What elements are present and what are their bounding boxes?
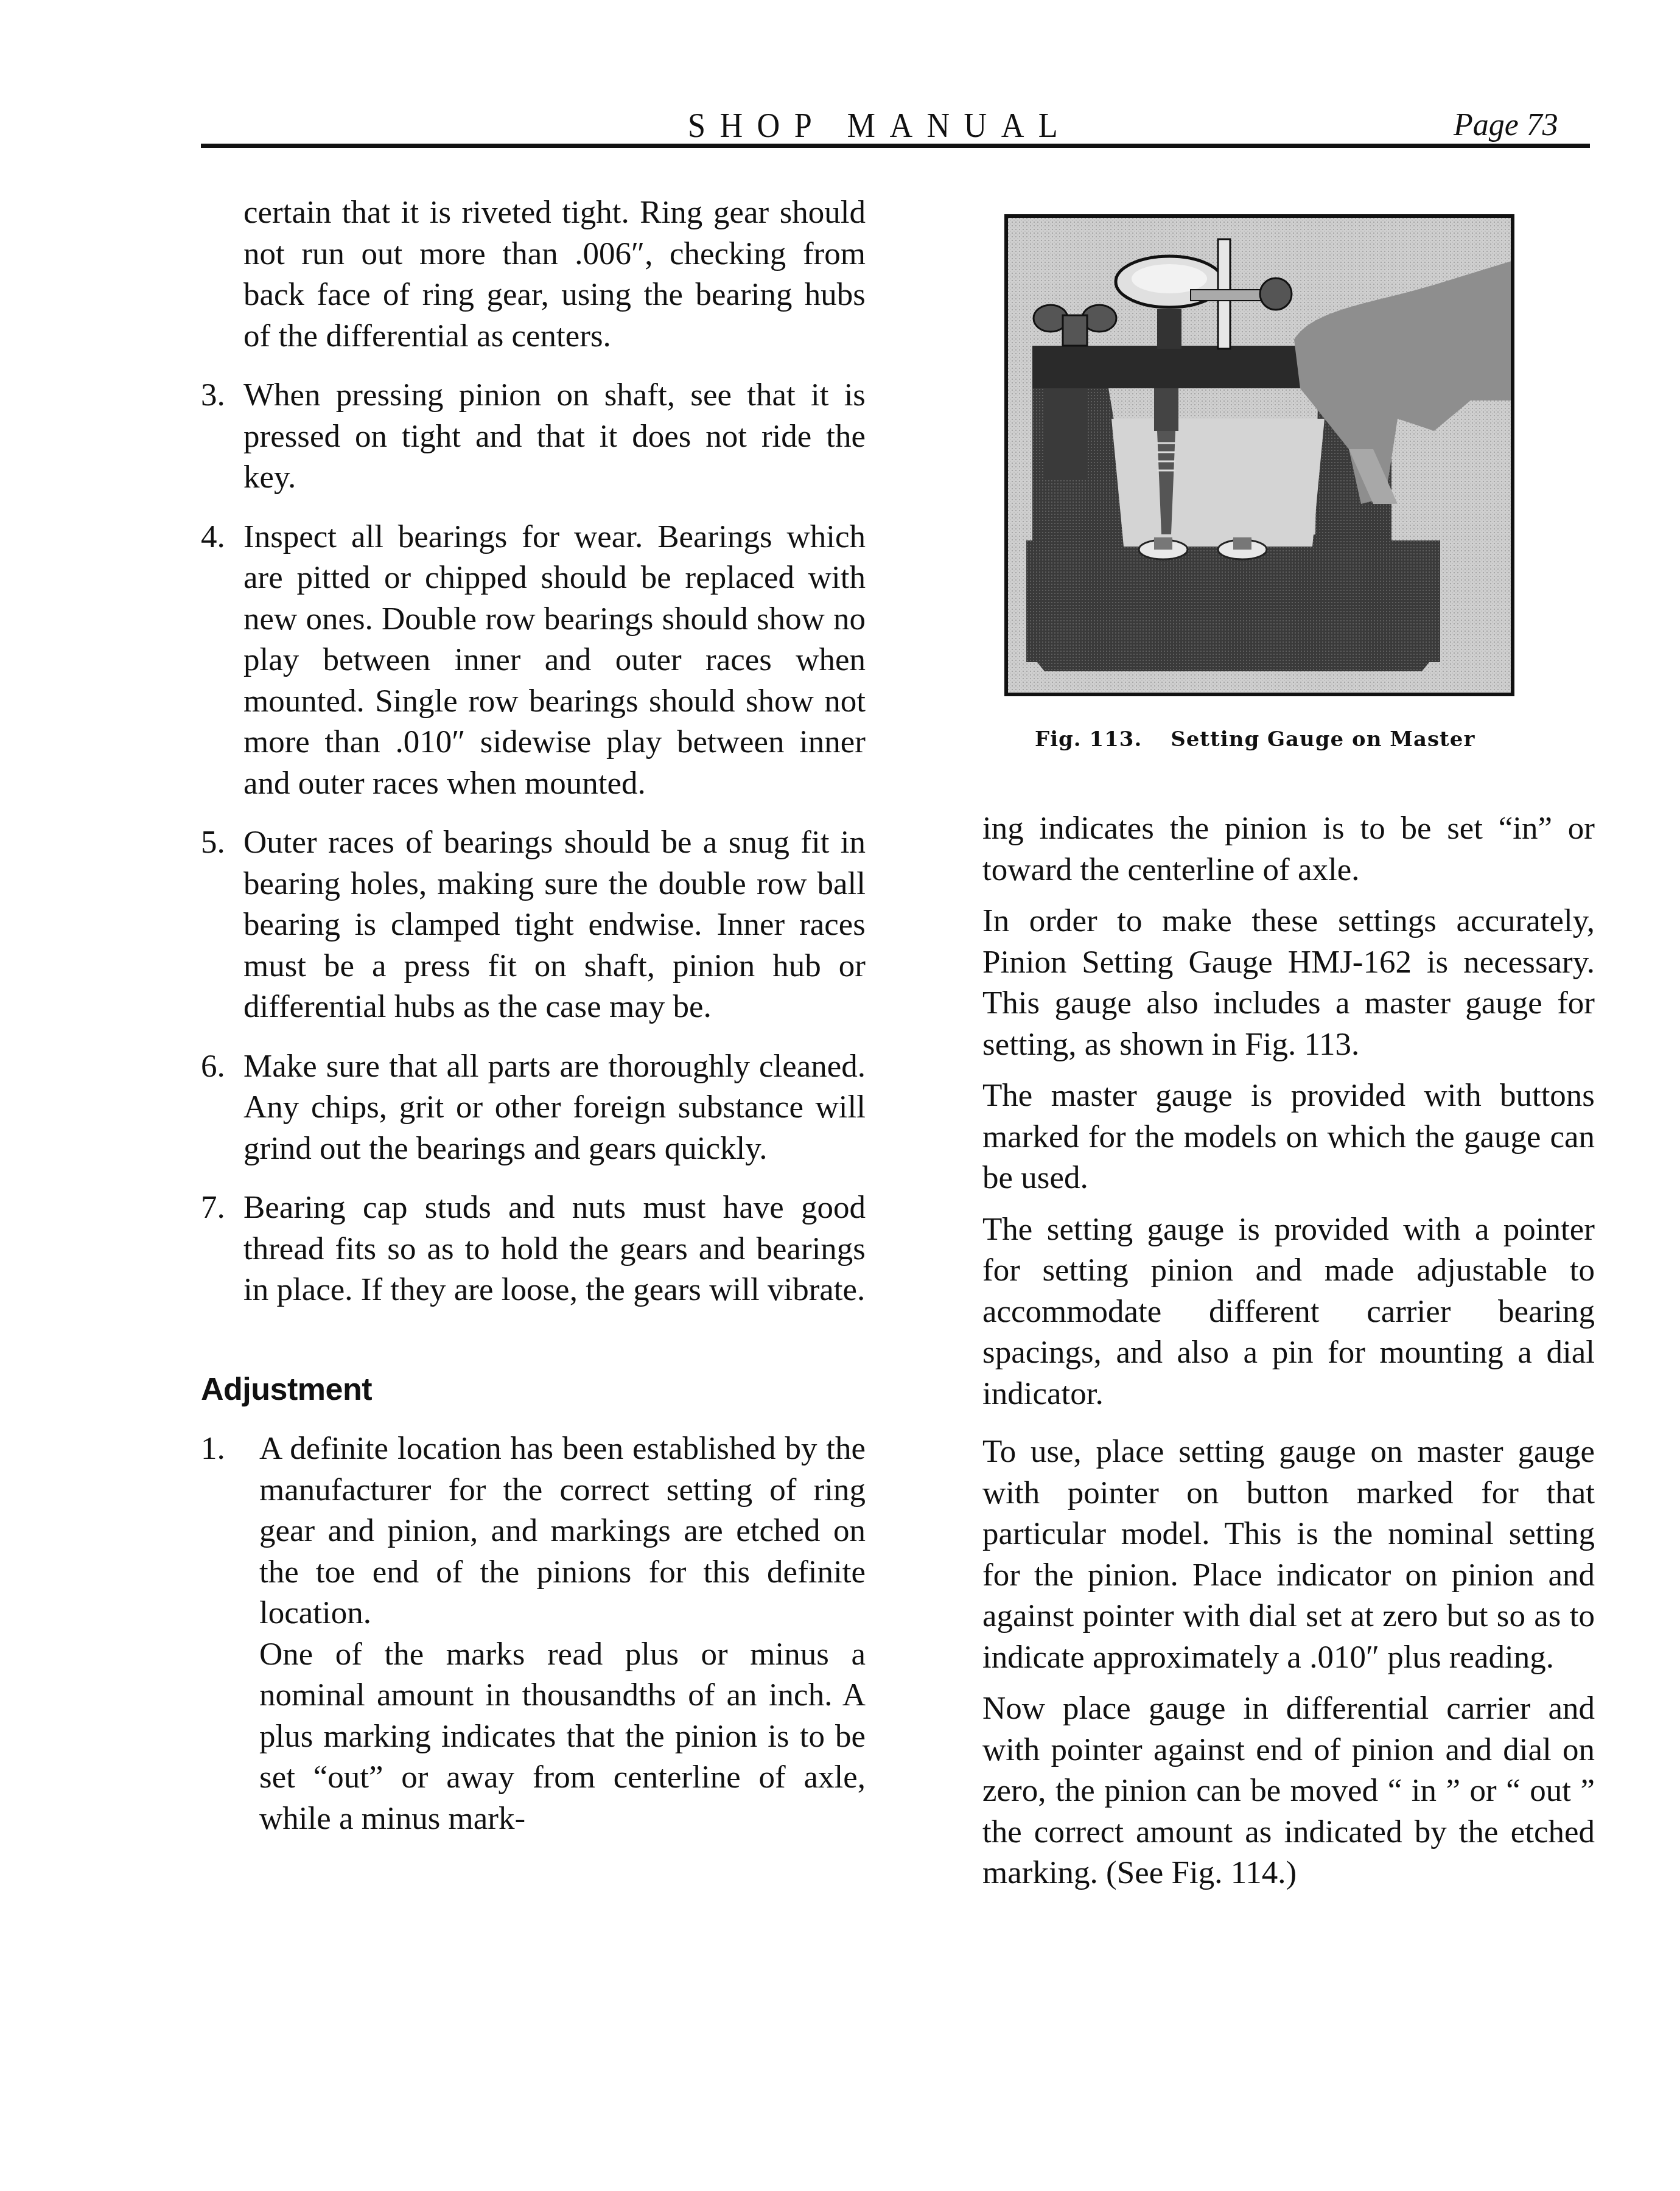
list-item-text: When pressing pinion on shaft, see that … bbox=[243, 375, 866, 498]
list-item-text: Bearing cap studs and nuts must have goo… bbox=[243, 1187, 866, 1311]
figure-caption-text: Setting Gauge on Master bbox=[1171, 727, 1475, 752]
continued-paragraph: certain that it is riveted tight. Ring g… bbox=[201, 192, 866, 357]
list-item-number: 3. bbox=[201, 375, 225, 416]
header-rule-divider bbox=[201, 144, 1590, 148]
running-head-title: SHOP MANUAL bbox=[688, 105, 1072, 145]
paragraph: To use, place setting gauge on master ga… bbox=[982, 1431, 1595, 1678]
figure-113-photo bbox=[1004, 214, 1514, 696]
list-item-text: Make sure that all parts are thoroughly … bbox=[243, 1046, 866, 1170]
list-item-number: 1. bbox=[201, 1428, 225, 1470]
adjustment-list-item: 1. A definite location has been establis… bbox=[201, 1428, 866, 1839]
page-number: Page 73 bbox=[1454, 107, 1558, 143]
list-item-text: Inspect all bearings for wear. Bearings … bbox=[243, 517, 866, 805]
section-heading-adjustment: Adjustment bbox=[201, 1369, 866, 1411]
list-item-number: 7. bbox=[201, 1187, 225, 1229]
left-column: certain that it is riveted tight. Ring g… bbox=[201, 192, 866, 1857]
paragraph: Now place gauge in differential carrier … bbox=[982, 1688, 1595, 1894]
list-item-text: One of the marks read plus or minus a no… bbox=[259, 1634, 866, 1840]
list-item-number: 5. bbox=[201, 822, 225, 864]
paragraph: The master gauge is provided with button… bbox=[982, 1075, 1595, 1199]
list-item: 5. Outer races of bearings should be a s… bbox=[201, 822, 866, 1028]
list-item: 3. When pressing pinion on shaft, see th… bbox=[201, 375, 866, 498]
paragraph: The setting gauge is provided with a poi… bbox=[982, 1209, 1595, 1415]
list-item-number: 6. bbox=[201, 1046, 225, 1088]
list-item-text: Outer races of bearings should be a snug… bbox=[243, 822, 866, 1028]
list-item: 4. Inspect all bearings for wear. Bearin… bbox=[201, 517, 866, 805]
list-item-text: A definite location has been established… bbox=[259, 1428, 866, 1634]
right-column: ing indicates the pinion is to be set “i… bbox=[982, 808, 1595, 1904]
figure-caption: Fig. 113. Setting Gauge on Master bbox=[1035, 727, 1475, 752]
list-item-number: 4. bbox=[201, 517, 225, 558]
list-item: 6. Make sure that all parts are thorough… bbox=[201, 1046, 866, 1170]
gauge-photo-illustration bbox=[1008, 218, 1511, 693]
paragraph: In order to make these settings accurate… bbox=[982, 901, 1595, 1065]
figure-number: Fig. 113. bbox=[1035, 727, 1142, 752]
list-item: 7. Bearing cap studs and nuts must have … bbox=[201, 1187, 866, 1311]
paragraph: ing indicates the pinion is to be set “i… bbox=[982, 808, 1595, 890]
